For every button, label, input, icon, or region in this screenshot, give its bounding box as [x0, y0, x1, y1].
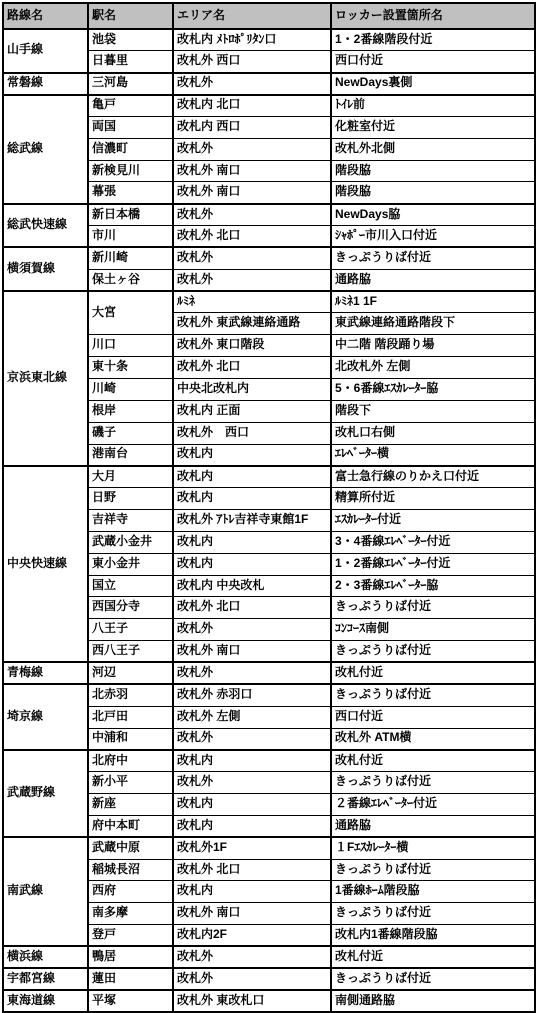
- area-cell: 改札内2F: [173, 925, 331, 947]
- area-cell: 改札外 南口: [173, 182, 331, 204]
- area-cell: 改札外 南口: [173, 903, 331, 925]
- station-cell: 八王子: [88, 619, 173, 641]
- area-cell: 改札内: [173, 794, 331, 816]
- area-cell: 改札外 西口: [173, 51, 331, 73]
- station-cell: 北赤羽: [88, 684, 173, 706]
- header-row: 路線名 駅名 エリア名 ロッカー設置箇所名: [3, 3, 535, 29]
- locker-cell: 南側通路脇: [331, 990, 535, 1012]
- station-cell: 北戸田: [88, 706, 173, 728]
- header-station-name: 駅名: [88, 3, 173, 29]
- area-cell: 改札外: [173, 772, 331, 794]
- locker-cell: 改札口右側: [331, 422, 535, 444]
- area-cell: 改札内: [173, 488, 331, 510]
- area-cell: 改札外: [173, 269, 331, 291]
- locker-cell: 改札内1番線階段脇: [331, 925, 535, 947]
- area-cell: 改札外 南口: [173, 641, 331, 663]
- locker-location-sheet: 路線名 駅名 エリア名 ロッカー設置箇所名 山手線池袋改札内 ﾒﾄﾛﾎﾟﾘﾀﾝ口…: [0, 0, 536, 1011]
- station-cell: 北府中: [88, 750, 173, 772]
- locker-cell: ｴﾚﾍﾞｰﾀｰ横: [331, 444, 535, 466]
- table-row: 南武線武蔵中原改札外1F１Fｴｽｶﾚｰﾀｰ横: [3, 837, 535, 859]
- station-cell: 西八王子: [88, 641, 173, 663]
- station-cell: 川口: [88, 335, 173, 357]
- line-cell: 常磐線: [3, 73, 88, 95]
- station-cell: 南多摩: [88, 903, 173, 925]
- area-cell: 改札外 北口: [173, 597, 331, 619]
- station-cell: 日暮里: [88, 51, 173, 73]
- area-cell: 改札内: [173, 466, 331, 488]
- area-cell: 改札外1F: [173, 837, 331, 859]
- locker-cell: 5・6番線ｴｽｶﾚｰﾀｰ脇: [331, 379, 535, 401]
- station-cell: 根岸: [88, 400, 173, 422]
- station-cell: 中浦和: [88, 728, 173, 750]
- area-cell: 改札外: [173, 728, 331, 750]
- locker-cell: 1・2番線階段付近: [331, 29, 535, 51]
- station-cell: 東十条: [88, 357, 173, 379]
- area-cell: 改札内: [173, 444, 331, 466]
- station-cell: 新座: [88, 794, 173, 816]
- table-row: 横浜線鴨居改札外改札付近: [3, 946, 535, 968]
- station-cell: 府中本町: [88, 815, 173, 837]
- area-cell: 改札内 中央改札: [173, 575, 331, 597]
- station-cell: 保土ヶ谷: [88, 269, 173, 291]
- station-cell: 西府: [88, 881, 173, 903]
- locker-cell: 富士急行線のりかえ口付近: [331, 466, 535, 488]
- line-cell: 山手線: [3, 29, 88, 73]
- station-cell: 吉祥寺: [88, 510, 173, 532]
- locker-cell: 1番線ﾎｰﾑ階段脇: [331, 881, 535, 903]
- station-cell: 登戸: [88, 925, 173, 947]
- area-cell: 改札外: [173, 138, 331, 160]
- line-cell: 横浜線: [3, 946, 88, 968]
- area-cell: 改札外 東武線連絡通路: [173, 313, 331, 335]
- locker-cell: ﾄｲﾚ前: [331, 95, 535, 117]
- area-cell: 改札外 赤羽口: [173, 684, 331, 706]
- area-cell: 改札内: [173, 750, 331, 772]
- locker-cell: 1・2番線ｴﾚﾍﾞｰﾀｰ付近: [331, 553, 535, 575]
- station-cell: 新検見川: [88, 160, 173, 182]
- station-cell: 日野: [88, 488, 173, 510]
- locker-cell: 階段脇: [331, 182, 535, 204]
- station-cell: 市川: [88, 226, 173, 248]
- locker-cell: きっぷうりば付近: [331, 247, 535, 269]
- area-cell: 改札外 左側: [173, 706, 331, 728]
- table-row: 中央快速線大月改札内富士急行線のりかえ口付近: [3, 466, 535, 488]
- area-cell: 改札内: [173, 531, 331, 553]
- table-row: 京浜東北線大宮ﾙﾐﾈﾙﾐﾈ1 1F: [3, 291, 535, 313]
- station-cell: 信濃町: [88, 138, 173, 160]
- area-cell: 改札外 北口: [173, 859, 331, 881]
- locker-cell: きっぷうりば付近: [331, 859, 535, 881]
- line-cell: 青梅線: [3, 662, 88, 684]
- line-cell: 横須賀線: [3, 247, 88, 291]
- table-row: 山手線池袋改札内 ﾒﾄﾛﾎﾟﾘﾀﾝ口1・2番線階段付近: [3, 29, 535, 51]
- area-cell: 改札外 ｱﾄﾚ吉祥寺東館1F: [173, 510, 331, 532]
- locker-cell: きっぷうりば付近: [331, 903, 535, 925]
- table-body: 山手線池袋改札内 ﾒﾄﾛﾎﾟﾘﾀﾝ口1・2番線階段付近日暮里改札外 西口西口付近…: [3, 29, 535, 1012]
- area-cell: 中央北改札内: [173, 379, 331, 401]
- line-cell: 埼京線: [3, 684, 88, 750]
- line-cell: 武蔵野線: [3, 750, 88, 837]
- station-cell: 河辺: [88, 662, 173, 684]
- locker-cell: ｴｽｶﾚｰﾀｰ付近: [331, 510, 535, 532]
- area-cell: 改札外: [173, 946, 331, 968]
- table-row: 埼京線北赤羽改札外 赤羽口きっぷうりば付近: [3, 684, 535, 706]
- area-cell: 改札外 南口: [173, 160, 331, 182]
- locker-cell: 通路脇: [331, 815, 535, 837]
- line-cell: 中央快速線: [3, 466, 88, 663]
- locker-cell: 化粧室付近: [331, 116, 535, 138]
- table-row: 常磐線三河島改札外NewDays裏側: [3, 73, 535, 95]
- locker-cell: 改札外 ATM横: [331, 728, 535, 750]
- line-cell: 南武線: [3, 837, 88, 946]
- locker-cell: 西口付近: [331, 51, 535, 73]
- locker-cell: 通路脇: [331, 269, 535, 291]
- station-cell: 武蔵中原: [88, 837, 173, 859]
- locker-cell: 改札外北側: [331, 138, 535, 160]
- area-cell: 改札外: [173, 662, 331, 684]
- locker-cell: きっぷうりば付近: [331, 641, 535, 663]
- area-cell: 改札外 東口階段: [173, 335, 331, 357]
- locker-cell: ｼｬﾎﾟｰ市川入口付近: [331, 226, 535, 248]
- station-cell: 平塚: [88, 990, 173, 1012]
- station-cell: 大月: [88, 466, 173, 488]
- station-cell: 稲城長沼: [88, 859, 173, 881]
- table-row: 青梅線河辺改札外改札付近: [3, 662, 535, 684]
- station-cell: 川崎: [88, 379, 173, 401]
- station-cell: 東小金井: [88, 553, 173, 575]
- header-locker-location-name: ロッカー設置箇所名: [331, 3, 535, 29]
- line-cell: 東海道線: [3, 990, 88, 1012]
- station-cell: 西国分寺: [88, 597, 173, 619]
- locker-cell: 改札付近: [331, 750, 535, 772]
- header-area-name: エリア名: [173, 3, 331, 29]
- station-cell: 武蔵小金井: [88, 531, 173, 553]
- station-cell: 亀戸: [88, 95, 173, 117]
- area-cell: 改札内: [173, 815, 331, 837]
- locker-cell: 改札付近: [331, 946, 535, 968]
- station-cell: 幕張: [88, 182, 173, 204]
- area-cell: 改札外 東改札口: [173, 990, 331, 1012]
- area-cell: 改札外: [173, 247, 331, 269]
- station-cell: 池袋: [88, 29, 173, 51]
- station-cell: 国立: [88, 575, 173, 597]
- locker-cell: 3・4番線ｴﾚﾍﾞｰﾀｰ付近: [331, 531, 535, 553]
- locker-cell: 精算所付近: [331, 488, 535, 510]
- area-cell: 改札内: [173, 553, 331, 575]
- locker-cell: 中二階 階段踊り場: [331, 335, 535, 357]
- line-cell: 総武線: [3, 95, 88, 204]
- station-cell: 鴨居: [88, 946, 173, 968]
- locker-cell: ２番線ｴﾚﾍﾞｰﾀｰ付近: [331, 794, 535, 816]
- station-cell: 港南台: [88, 444, 173, 466]
- locker-cell: きっぷうりば付近: [331, 772, 535, 794]
- locker-cell: NewDays裏側: [331, 73, 535, 95]
- locker-cell: 東武線連絡通路階段下: [331, 313, 535, 335]
- area-cell: 改札外: [173, 968, 331, 990]
- table-row: 総武線亀戸改札内 北口ﾄｲﾚ前: [3, 95, 535, 117]
- area-cell: 改札外 北口: [173, 357, 331, 379]
- area-cell: 改札外 西口: [173, 422, 331, 444]
- station-cell: 三河島: [88, 73, 173, 95]
- locker-cell: １Fｴｽｶﾚｰﾀｰ横: [331, 837, 535, 859]
- locker-cell: 階段脇: [331, 160, 535, 182]
- area-cell: 改札内: [173, 881, 331, 903]
- locker-cell: 2・3番線ｴﾚﾍﾞｰﾀｰ脇: [331, 575, 535, 597]
- area-cell: 改札外: [173, 619, 331, 641]
- locker-location-table: 路線名 駅名 エリア名 ロッカー設置箇所名 山手線池袋改札内 ﾒﾄﾛﾎﾟﾘﾀﾝ口…: [2, 2, 536, 1013]
- station-cell: 大宮: [88, 291, 173, 335]
- locker-cell: 北改札外 左側: [331, 357, 535, 379]
- locker-cell: きっぷうりば付近: [331, 684, 535, 706]
- area-cell: 改札内 ﾒﾄﾛﾎﾟﾘﾀﾝ口: [173, 29, 331, 51]
- table-row: 武蔵野線北府中改札内改札付近: [3, 750, 535, 772]
- area-cell: 改札内 北口: [173, 95, 331, 117]
- station-cell: 新日本橋: [88, 204, 173, 226]
- locker-cell: 階段下: [331, 400, 535, 422]
- header-line-name: 路線名: [3, 3, 88, 29]
- locker-cell: きっぷうりば付近: [331, 597, 535, 619]
- locker-cell: 改札付近: [331, 662, 535, 684]
- table-row: 横須賀線新川崎改札外きっぷうりば付近: [3, 247, 535, 269]
- station-cell: 両国: [88, 116, 173, 138]
- line-cell: 京浜東北線: [3, 291, 88, 466]
- area-cell: 改札外: [173, 73, 331, 95]
- line-cell: 総武快速線: [3, 204, 88, 248]
- locker-cell: ﾙﾐﾈ1 1F: [331, 291, 535, 313]
- area-cell: 改札内 正面: [173, 400, 331, 422]
- table-row: 総武快速線新日本橋改札外NewDays脇: [3, 204, 535, 226]
- table-row: 宇都宮線蓮田改札外きっぷうりば付近: [3, 968, 535, 990]
- station-cell: 新川崎: [88, 247, 173, 269]
- station-cell: 新小平: [88, 772, 173, 794]
- area-cell: 改札外 北口: [173, 226, 331, 248]
- area-cell: ﾙﾐﾈ: [173, 291, 331, 313]
- locker-cell: きっぷうりば付近: [331, 968, 535, 990]
- area-cell: 改札内 西口: [173, 116, 331, 138]
- table-row: 東海道線平塚改札外 東改札口南側通路脇: [3, 990, 535, 1012]
- locker-cell: ｺﾝｺｰｽ南側: [331, 619, 535, 641]
- locker-cell: 西口付近: [331, 706, 535, 728]
- line-cell: 宇都宮線: [3, 968, 88, 990]
- area-cell: 改札外: [173, 204, 331, 226]
- locker-cell: NewDays脇: [331, 204, 535, 226]
- station-cell: 磯子: [88, 422, 173, 444]
- station-cell: 蓮田: [88, 968, 173, 990]
